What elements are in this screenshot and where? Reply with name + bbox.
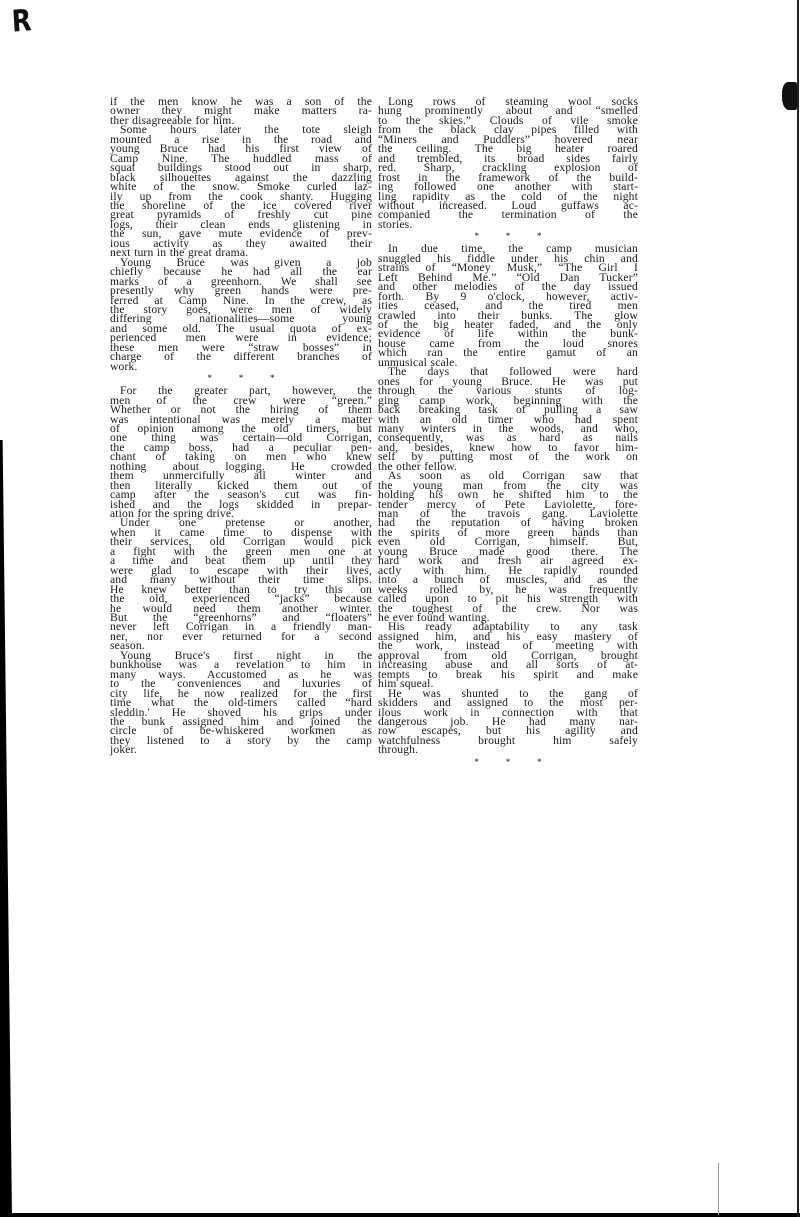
paragraph: Young Bruce's first night in thebunkhous… (110, 651, 372, 755)
ink-blot (782, 82, 797, 110)
section-separator: * * * (378, 756, 638, 768)
paragraph: Some hours later the tote sleighmounted … (110, 125, 372, 257)
text-line: ner, nor ever returned for a second (110, 632, 372, 641)
scan-border-left (0, 440, 12, 1217)
paragraph: In due time, the camp musiciansnuggled h… (378, 244, 638, 367)
scan-artifact-line (718, 1163, 719, 1215)
section-separator: * * * (110, 372, 372, 384)
paragraph: As soon as old Corrigan saw thatthe youn… (378, 471, 638, 622)
text-line: work. (110, 362, 372, 371)
text-line: companied the termination of the (378, 210, 638, 219)
text-line: stories. (378, 220, 638, 229)
paragraph: Under one pretense or another,when it ca… (110, 518, 372, 650)
paragraph: Long rows of steaming wool sockshung pro… (378, 97, 638, 229)
paragraph-continuation: if the men know he was a son of theowner… (110, 97, 372, 125)
text-line: they listened to a story by the camp (110, 736, 372, 745)
article-column-left: if the men know he was a son of theowner… (110, 97, 372, 755)
paragraph: For the greater part, however, themen of… (110, 386, 372, 518)
scan-border-right (797, 0, 799, 1217)
text-line: charge of the different branches of (110, 352, 372, 361)
paragraph: He was shunted to the gang ofskidders an… (378, 689, 638, 755)
handwritten-page-mark: R (11, 3, 33, 40)
paragraph: Young Bruce was given a jobchiefly becau… (110, 258, 372, 371)
article-column-right: Long rows of steaming wool sockshung pro… (378, 97, 638, 770)
section-separator: * * * (378, 230, 638, 242)
paragraph: His ready adaptability to any taskassign… (378, 622, 638, 688)
scan-border-bottom (0, 1213, 800, 1217)
paragraph: The days that followed were hardones for… (378, 367, 638, 471)
